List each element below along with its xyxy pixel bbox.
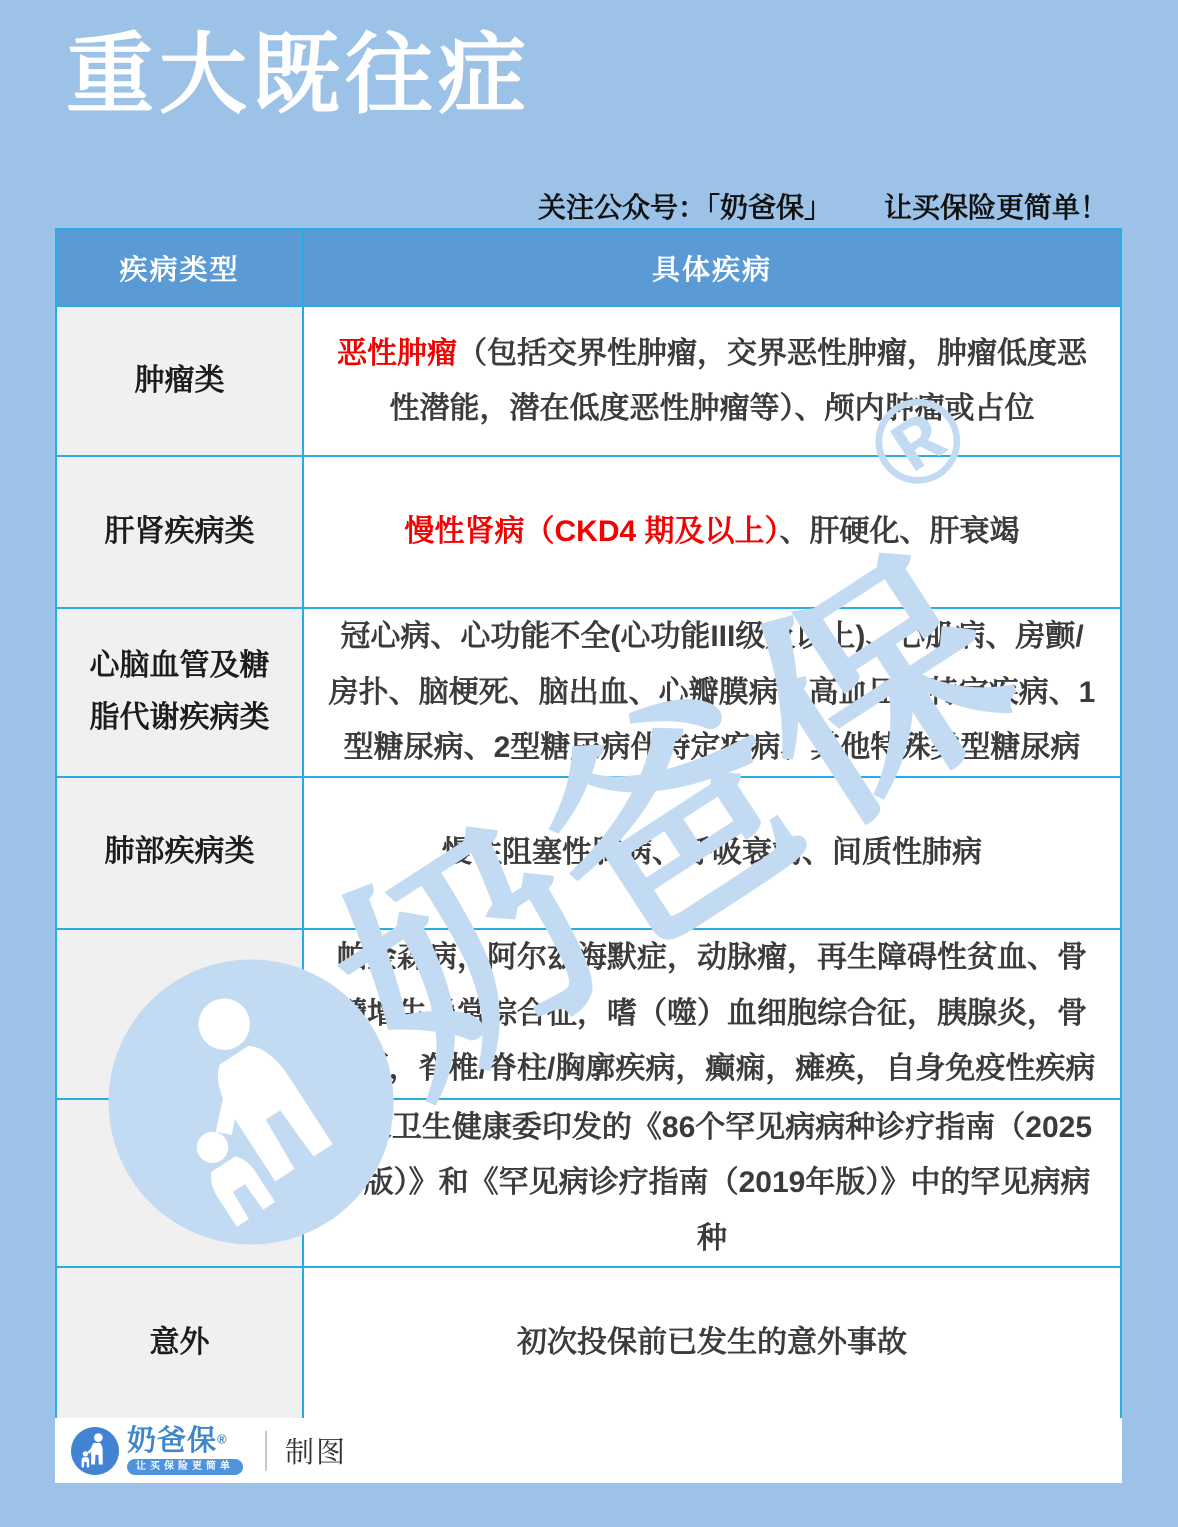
column-header-specific-disease: 具体疾病 xyxy=(303,229,1121,306)
disease-type-cell: 肝肾疾病类 xyxy=(56,456,303,608)
poster-page: 重大既往症 关注公众号：「奶爸保」让买保险更简单！ 疾病类型 具体疾病 肿瘤类恶… xyxy=(0,0,1178,1527)
disease-detail-cell: 国家卫生健康委印发的《86个罕见病病种诊疗指南（2025年版）》和《罕见病诊疗指… xyxy=(303,1099,1121,1268)
disease-detail-cell: 帕金森病，阿尔兹海默症，动脉瘤，再生障碍性贫血、骨髓增生异常综合征，嗜（噬）血细… xyxy=(303,929,1121,1099)
table-row: 肺部疾病类慢性阻塞性肺病、呼吸衰竭、间质性肺病 xyxy=(56,777,1121,929)
brand-name: 奶爸保 xyxy=(127,1425,217,1457)
disease-text: 冠心病、心功能不全(心功能III级及以上)、心肌病、房颤/房扑、脑梗死、脑出血、… xyxy=(329,620,1096,764)
disease-type-cell: 肺部疾病类 xyxy=(56,777,303,929)
disease-type-cell: 肿瘤类 xyxy=(56,306,303,456)
disease-detail-cell: 冠心病、心功能不全(心功能III级及以上)、心肌病、房颤/房扑、脑梗死、脑出血、… xyxy=(303,608,1121,777)
brand-name-row: 奶爸保® xyxy=(127,1427,227,1456)
disease-type-cell: 罕见病 xyxy=(56,1099,303,1268)
table-header: 疾病类型 具体疾病 xyxy=(56,229,1121,306)
disease-text: 、肝硬化、肝衰竭 xyxy=(780,515,1020,548)
brand-tagline: 让买保险更简单 xyxy=(127,1459,243,1475)
subtitle: 关注公众号：「奶爸保」让买保险更简单！ xyxy=(55,186,1108,226)
subtitle-slogan-text: 让买保险更简单！ xyxy=(884,192,1108,223)
disease-type-cell: 心脑血管及糖脂代谢疾病类 xyxy=(56,608,303,777)
subtitle-follow-text: 关注公众号：「奶爸保」 xyxy=(538,192,832,223)
page-title: 重大既往症 xyxy=(66,22,531,128)
disease-type-cell: 意外 xyxy=(56,1267,303,1419)
footer-divider xyxy=(265,1431,267,1471)
disease-text: 初次投保前已发生的意外事故 xyxy=(517,1326,907,1359)
table-row: 肝肾疾病类慢性肾病（CKD4 期及以上）、肝硬化、肝衰竭 xyxy=(56,456,1121,608)
disease-text: （包括交界性肿瘤，交界恶性肿瘤，肿瘤低度恶性潜能，潜在低度恶性肿瘤等）、颅内肿瘤… xyxy=(390,337,1088,426)
table-row: 意外初次投保前已发生的意外事故 xyxy=(56,1267,1121,1419)
table-row: 肿瘤类恶性肿瘤（包括交界性肿瘤，交界恶性肿瘤，肿瘤低度恶性潜能，潜在低度恶性肿瘤… xyxy=(56,306,1121,456)
highlighted-disease-text: 慢性肾病（CKD4 期及以上） xyxy=(404,515,779,548)
disease-text: 帕金森病，阿尔兹海默症，动脉瘤，再生障碍性贫血、骨髓增生异常综合征，嗜（噬）血细… xyxy=(329,941,1096,1085)
disease-table: 疾病类型 具体疾病 肿瘤类恶性肿瘤（包括交界性肿瘤，交界恶性肿瘤，肿瘤低度恶性潜… xyxy=(55,228,1122,1420)
table-row: 心脑血管及糖脂代谢疾病类冠心病、心功能不全(心功能III级及以上)、心肌病、房颤… xyxy=(56,608,1121,777)
brand-text-block: 奶爸保® 让买保险更简单 xyxy=(127,1427,243,1475)
disease-detail-cell: 慢性阻塞性肺病、呼吸衰竭、间质性肺病 xyxy=(303,777,1121,929)
disease-detail-cell: 慢性肾病（CKD4 期及以上）、肝硬化、肝衰竭 xyxy=(303,456,1121,608)
disease-detail-cell: 恶性肿瘤（包括交界性肿瘤，交界恶性肿瘤，肿瘤低度恶性潜能，潜在低度恶性肿瘤等）、… xyxy=(303,306,1121,456)
registered-mark: ® xyxy=(217,1431,227,1446)
disease-text: 国家卫生健康委印发的《86个罕见病病种诊疗指南（2025年版）》和《罕见病诊疗指… xyxy=(332,1111,1092,1255)
footer: 奶爸保® 让买保险更简单 制图 xyxy=(55,1418,1122,1483)
table-row: 其他帕金森病，阿尔兹海默症，动脉瘤，再生障碍性贫血、骨髓增生异常综合征，嗜（噬）… xyxy=(56,929,1121,1099)
table-row: 罕见病国家卫生健康委印发的《86个罕见病病种诊疗指南（2025年版）》和《罕见病… xyxy=(56,1099,1121,1268)
column-header-disease-type: 疾病类型 xyxy=(56,229,303,306)
credit-label: 制图 xyxy=(285,1430,347,1471)
brand-logo: 奶爸保® 让买保险更简单 xyxy=(71,1427,243,1475)
parent-child-icon xyxy=(71,1427,119,1475)
disease-detail-cell: 初次投保前已发生的意外事故 xyxy=(303,1267,1121,1419)
disease-text: 慢性阻塞性肺病、呼吸衰竭、间质性肺病 xyxy=(442,836,982,869)
disease-type-cell: 其他 xyxy=(56,929,303,1099)
highlighted-disease-text: 恶性肿瘤 xyxy=(337,337,457,370)
table-header-row: 疾病类型 具体疾病 xyxy=(56,229,1121,306)
